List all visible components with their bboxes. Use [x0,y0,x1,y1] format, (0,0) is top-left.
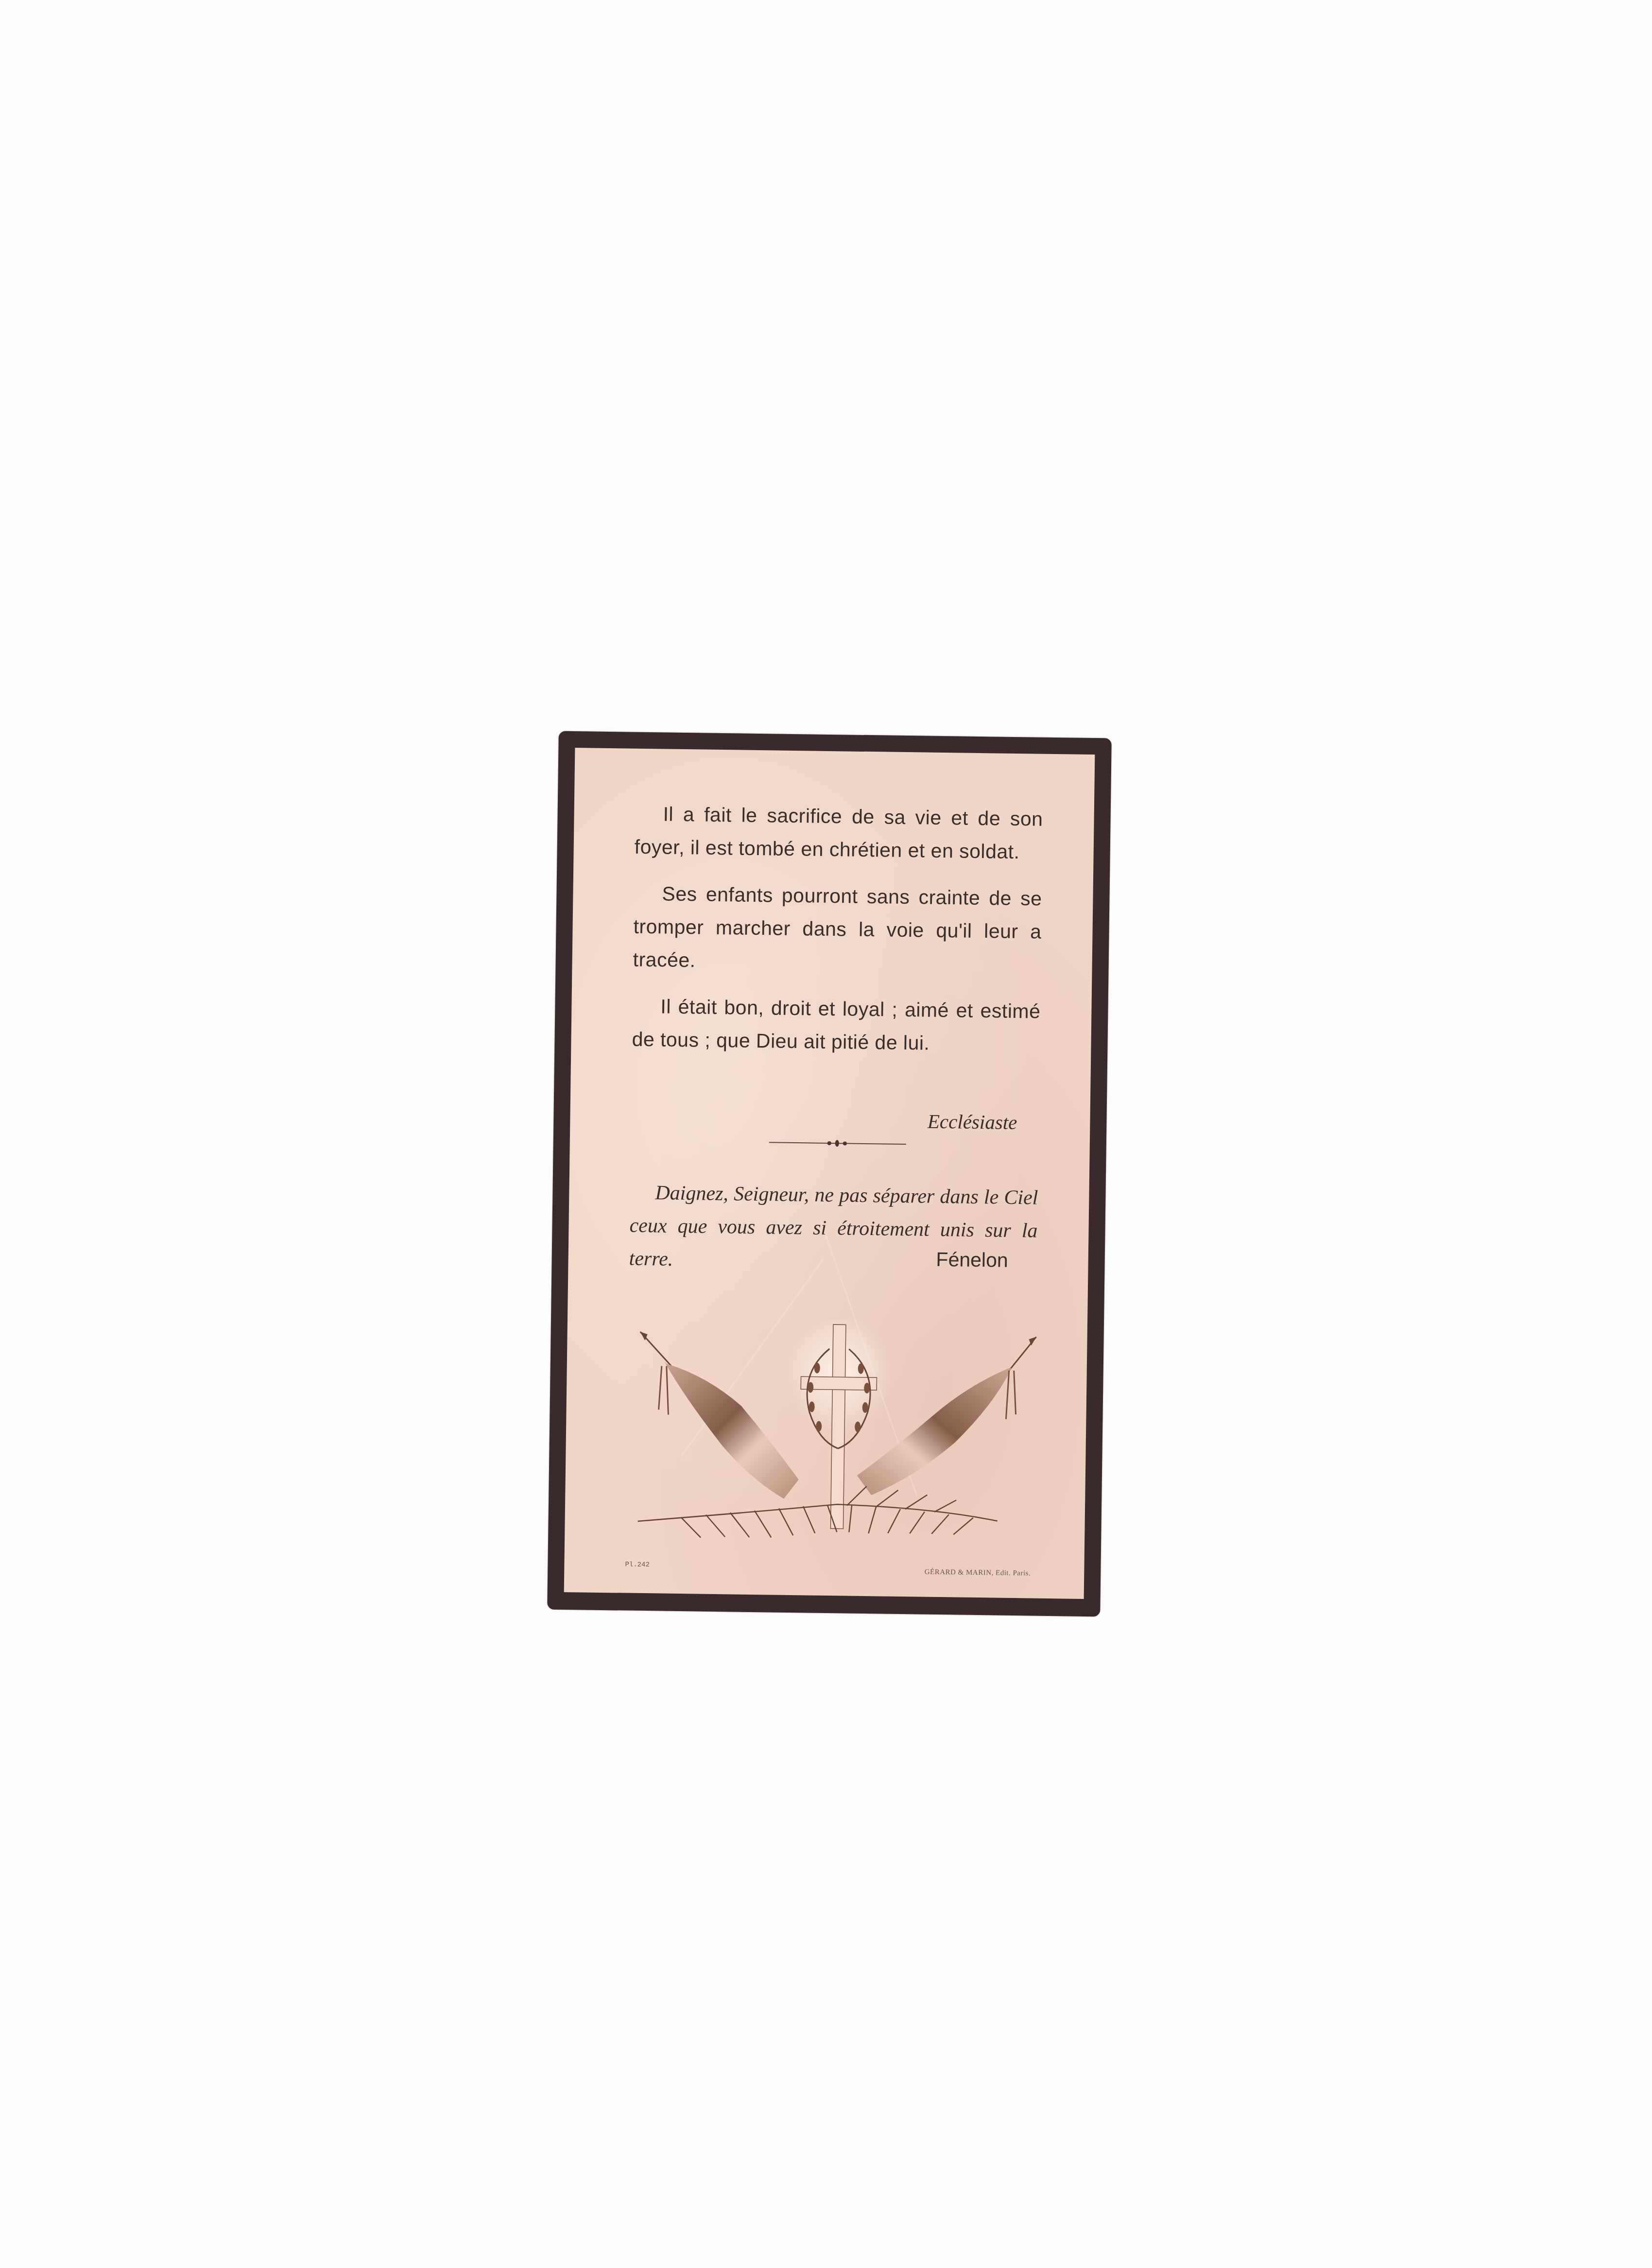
paragraph-sacrifice: Il a fait le sacrifice de sa vie et de s… [634,797,1043,869]
paragraph-virtues: Il était bon, droit et loyal ; aimé et e… [632,990,1041,1061]
flag-icon [638,1332,800,1499]
quote-author: Fénelon [936,1248,1008,1272]
publisher-imprint: GÉRARD & MARIN, Edit. Paris. [925,1568,1031,1578]
plate-number: Pl.242 [625,1561,650,1569]
citation-ecclesiaste: Ecclésiaste [928,1110,1017,1134]
card-paper: Il a fait le sacrifice de sa vie et de s… [564,748,1095,1599]
divider-ornament [769,1139,906,1148]
palm-frond-icon [637,1483,998,1542]
memorial-card: Il a fait le sacrifice de sa vie et de s… [547,731,1112,1617]
cross-flags-illustration [623,1317,1049,1565]
main-text: Il a fait le sacrifice de sa vie et de s… [632,797,1043,1075]
paragraph-children: Ses enfants pourront sans crainte de se … [633,877,1042,981]
